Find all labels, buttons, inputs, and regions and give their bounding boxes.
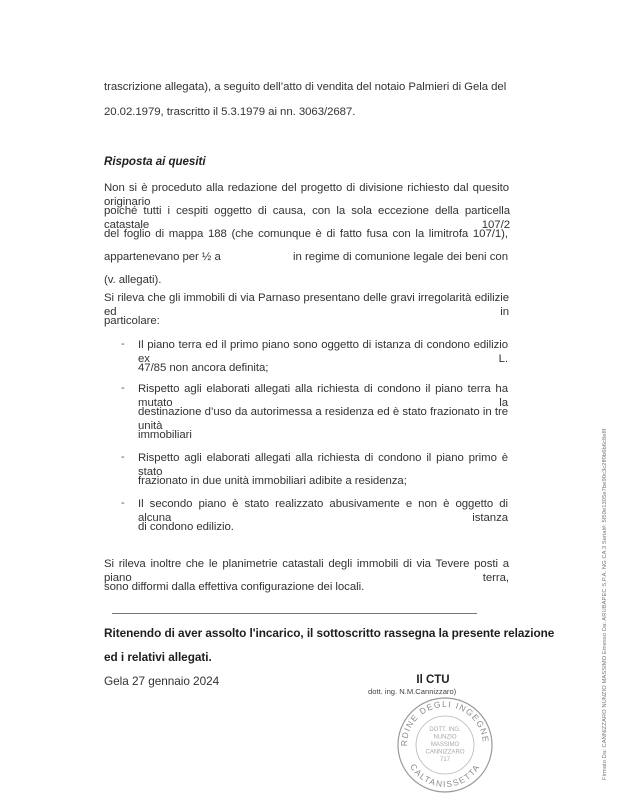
svg-text:CANNIZZARO: CANNIZZARO: [426, 750, 465, 756]
engineer-stamp-icon: ORDINE DEGLI INGEGNERI CALTANISSETTA DOT…: [390, 695, 500, 795]
svg-text:717: 717: [440, 757, 451, 763]
bullet-2-line-3: immobiliari: [138, 428, 192, 442]
bullet-1-line-2: 47/85 non ancora definita;: [138, 361, 268, 375]
bullet-dash: -: [121, 497, 125, 509]
svg-text:NUNZIO: NUNZIO: [434, 735, 457, 741]
bullet-dash: -: [121, 451, 125, 463]
document-page: trascrizione allegata), a seguito dell’a…: [0, 0, 618, 800]
bullet-3-line-2: frazionato in due unità immobiliari adib…: [138, 474, 407, 488]
paragraph1-line-3: del foglio di mappa 188 (che comunque è …: [104, 227, 508, 241]
paragraph1-line-4-start: appartenevano per ½ a: [104, 250, 221, 264]
bullet-dash: -: [121, 338, 125, 350]
closing-line-2: ed i relativi allegati.: [104, 650, 212, 664]
paragraph2-line-2: particolare:: [104, 314, 160, 328]
bullet-2-line-2: destinazione d’uso da autorimessa a resi…: [138, 405, 508, 433]
place-date: Gela 27 gennaio 2024: [104, 674, 219, 688]
paragraph1-line-4-end: in regime di comunione legale dei beni c…: [293, 250, 508, 264]
paragraph2-line-1: Si rileva che gli immobili di via Parnas…: [104, 291, 509, 319]
bullet-dash: -: [121, 382, 125, 394]
svg-text:CALTANISSETTA: CALTANISSETTA: [408, 762, 482, 789]
svg-text:DOTT. ING.: DOTT. ING.: [429, 727, 461, 733]
closing-line-1: Ritenendo di aver assolto l'incarico, il…: [104, 626, 554, 640]
bullet-4-line-2: di condono edilizio.: [138, 520, 234, 534]
section-heading: Risposta ai quesiti: [104, 155, 206, 169]
signature-title: Il CTU: [410, 674, 456, 686]
intro-line-1: trascrizione allegata), a seguito dell’a…: [104, 80, 506, 94]
paragraph1-line-5: (v. allegati).: [104, 273, 161, 287]
intro-line-2: 20.02.1979, trascritto il 5.3.1979 ai nn…: [104, 105, 355, 119]
paragraph3-line-2: sono difformi dalla effettiva configuraz…: [104, 580, 364, 594]
svg-text:MASSIMO: MASSIMO: [431, 742, 460, 748]
digital-signature-note: Firmato Da: CANNIZZARO NUNZIO MASSIMO Em…: [602, 429, 608, 780]
separator-line: [112, 613, 477, 614]
